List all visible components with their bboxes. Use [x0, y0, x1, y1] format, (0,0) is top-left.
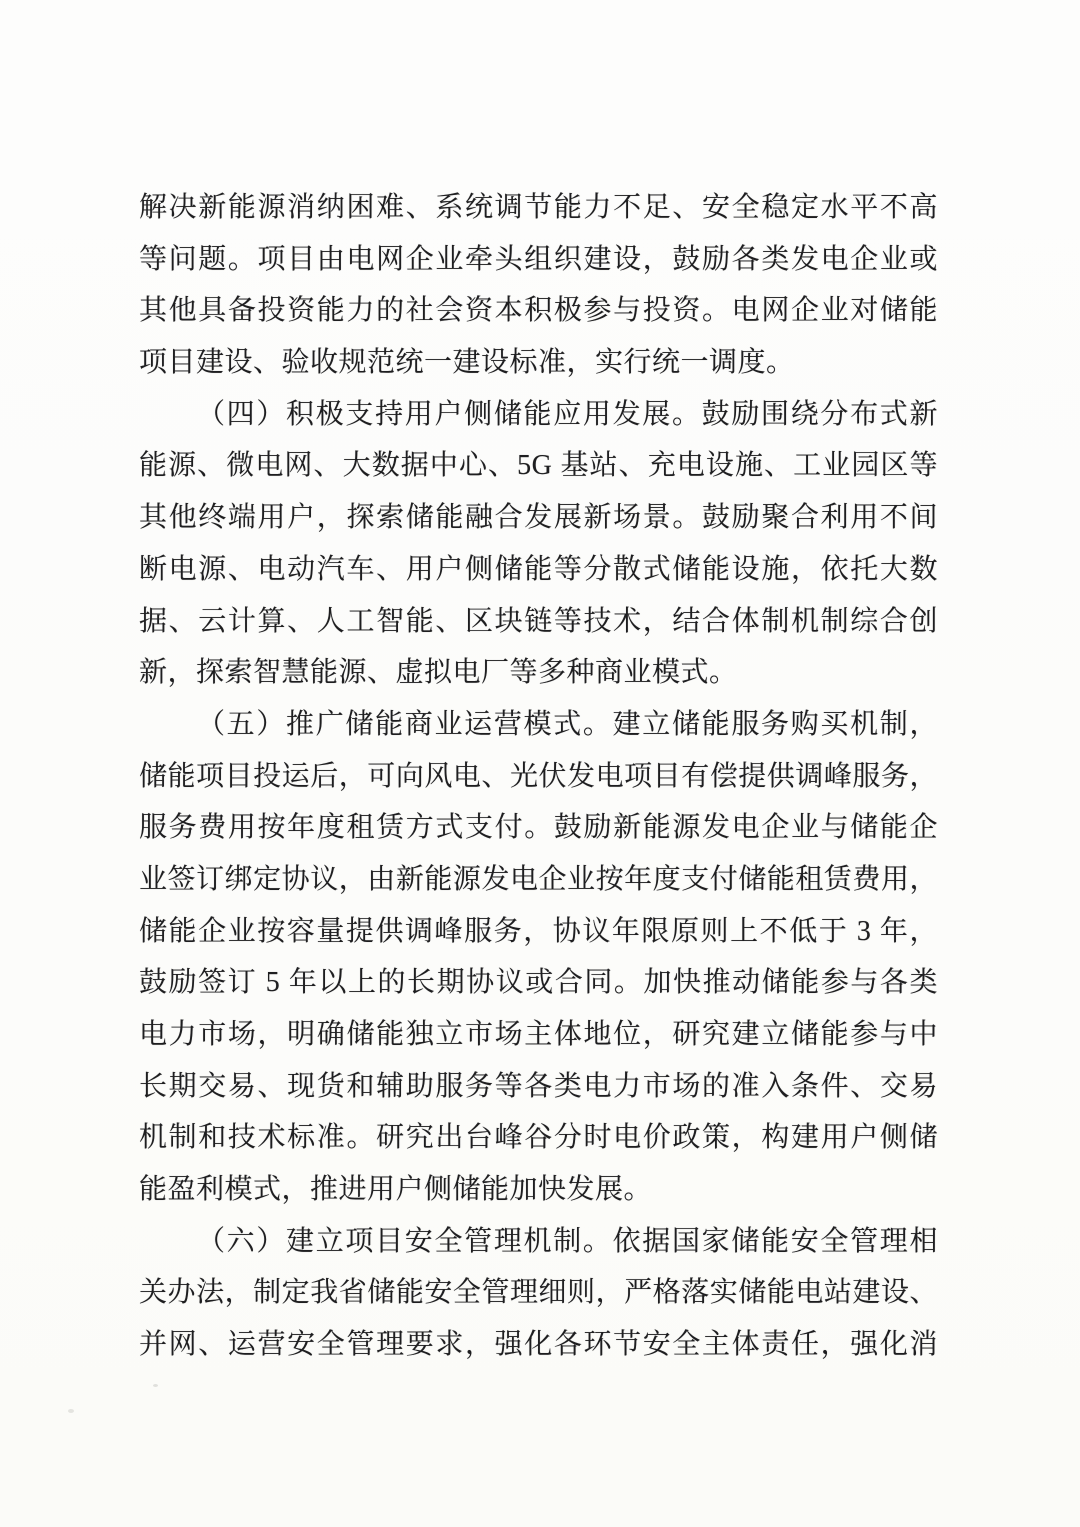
text-line: 服务费用按年度租赁方式支付。鼓励新能源发电企业与储能企 [139, 802, 938, 854]
scan-speck [68, 1409, 74, 1413]
text-line: 断电源、电动汽车、用户侧储能等分散式储能设施，依托大数 [139, 544, 938, 596]
text-line: 其他具备投资能力的社会资本积极参与投资。电网企业对储能 [139, 285, 938, 337]
text-line: （六）建立项目安全管理机制。依据国家储能安全管理相 [139, 1216, 938, 1268]
text-line: 能源、微电网、大数据中心、5G 基站、充电设施、工业园区等 [139, 440, 938, 492]
text-line: 能盈利模式，推进用户侧储能加快发展。 [139, 1164, 938, 1216]
text-line: 关办法，制定我省储能安全管理细则，严格落实储能电站建设、 [139, 1267, 938, 1319]
text-line: 鼓励签订 5 年以上的长期协议或合同。加快推动储能参与各类 [139, 957, 938, 1009]
text-line: （四）积极支持用户侧储能应用发展。鼓励围绕分布式新 [139, 389, 938, 441]
text-line: 储能企业按容量提供调峰服务，协议年限原则上不低于 3 年， [139, 906, 938, 958]
document-page: 解决新能源消纳困难、系统调节能力不足、安全稳定水平不高 等问题。项目由电网企业牵… [0, 0, 1080, 1527]
text-line: 解决新能源消纳困难、系统调节能力不足、安全稳定水平不高 [139, 182, 938, 234]
text-line: 据、云计算、人工智能、区块链等技术，结合体制机制综合创 [139, 596, 938, 648]
text-line: 业签订绑定协议，由新能源发电企业按年度支付储能租赁费用， [139, 854, 938, 906]
text-line: 新，探索智慧能源、虚拟电厂等多种商业模式。 [139, 647, 938, 699]
text-line: 电力市场，明确储能独立市场主体地位，研究建立储能参与中 [139, 1009, 938, 1061]
text-line: （五）推广储能商业运营模式。建立储能服务购买机制， [139, 699, 938, 751]
document-body: 解决新能源消纳困难、系统调节能力不足、安全稳定水平不高 等问题。项目由电网企业牵… [139, 182, 938, 1371]
text-line: 长期交易、现货和辅助服务等各类电力市场的准入条件、交易 [139, 1061, 938, 1113]
text-line: 等问题。项目由电网企业牵头组织建设，鼓励各类发电企业或 [139, 234, 938, 286]
text-line: 其他终端用户，探索储能融合发展新场景。鼓励聚合利用不间 [139, 492, 938, 544]
text-line: 储能项目投运后，可向风电、光伏发电项目有偿提供调峰服务， [139, 751, 938, 803]
scan-speck [153, 1384, 158, 1387]
text-line: 并网、运营安全管理要求，强化各环节安全主体责任，强化消 [139, 1319, 938, 1371]
text-line: 机制和技术标准。研究出台峰谷分时电价政策，构建用户侧储 [139, 1112, 938, 1164]
text-line: 项目建设、验收规范统一建设标准，实行统一调度。 [139, 337, 938, 389]
